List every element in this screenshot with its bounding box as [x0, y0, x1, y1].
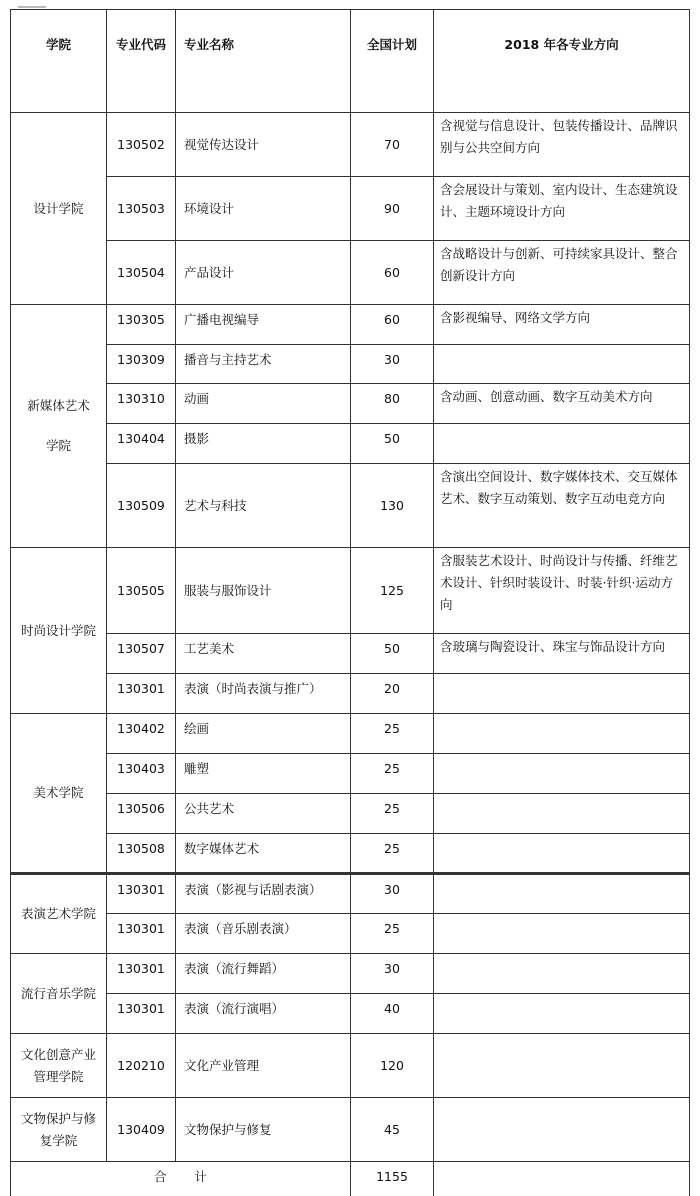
code-cell: 130506 — [107, 794, 176, 834]
name-cell: 表演（时尚表演与推广） — [176, 674, 351, 714]
total-direction — [434, 1162, 690, 1196]
direction-cell — [434, 1098, 690, 1162]
plan-cell: 40 — [351, 994, 434, 1034]
total-plan: 1155 — [351, 1162, 434, 1196]
table-row: 流行音乐学院 130301 表演（流行舞蹈） 30 — [11, 954, 690, 994]
code-cell: 130309 — [107, 345, 176, 384]
table-row: 130503 环境设计 90 含会展设计与策划、室内设计、生态建筑设计、主题环境… — [11, 177, 690, 241]
code-cell: 130301 — [107, 994, 176, 1034]
plan-cell: 30 — [351, 874, 434, 914]
code-cell: 130301 — [107, 914, 176, 954]
school-cell: 流行音乐学院 — [11, 954, 107, 1034]
direction-cell — [434, 834, 690, 874]
name-cell: 绘画 — [176, 714, 351, 754]
plan-cell: 120 — [351, 1034, 434, 1098]
name-cell: 广播电视编导 — [176, 305, 351, 345]
plan-cell: 25 — [351, 834, 434, 874]
table-row: 文物保护与修复学院 130409 文物保护与修复 45 — [11, 1098, 690, 1162]
code-cell: 130503 — [107, 177, 176, 241]
code-cell: 130404 — [107, 424, 176, 464]
code-cell: 130403 — [107, 754, 176, 794]
direction-cell — [434, 994, 690, 1034]
code-cell: 130301 — [107, 874, 176, 914]
plan-cell: 30 — [351, 954, 434, 994]
table-row: 130507 工艺美术 50 含玻璃与陶瓷设计、珠宝与饰品设计方向 — [11, 634, 690, 674]
name-cell: 播音与主持艺术 — [176, 345, 351, 384]
school-cell: 文化创意产业管理学院 — [11, 1034, 107, 1098]
total-label-a: 合 — [154, 1169, 167, 1184]
name-cell: 表演（流行演唱） — [176, 994, 351, 1034]
name-cell: 雕塑 — [176, 754, 351, 794]
direction-cell — [434, 754, 690, 794]
plan-cell: 125 — [351, 548, 434, 634]
name-cell: 艺术与科技 — [176, 464, 351, 548]
plan-cell: 70 — [351, 113, 434, 177]
school-cell: 美术学院 — [11, 714, 107, 874]
name-cell: 表演（流行舞蹈） — [176, 954, 351, 994]
plan-cell: 20 — [351, 674, 434, 714]
header-plan: 全国计划 — [351, 10, 434, 113]
direction-cell: 含演出空间设计、数字媒体技术、交互媒体艺术、数字互动策划、数字互动电竞方向 — [434, 464, 690, 548]
plan-cell: 50 — [351, 424, 434, 464]
code-cell: 130509 — [107, 464, 176, 548]
name-cell: 数字媒体艺术 — [176, 834, 351, 874]
direction-cell — [434, 874, 690, 914]
code-cell: 130305 — [107, 305, 176, 345]
direction-cell — [434, 954, 690, 994]
school-cell: 文物保护与修复学院 — [11, 1098, 107, 1162]
direction-cell — [434, 1034, 690, 1098]
code-cell: 130507 — [107, 634, 176, 674]
plan-cell: 25 — [351, 754, 434, 794]
code-cell: 130310 — [107, 384, 176, 424]
direction-cell — [434, 674, 690, 714]
plan-cell: 50 — [351, 634, 434, 674]
name-cell: 视觉传达设计 — [176, 113, 351, 177]
table-row: 130301 表演（流行演唱） 40 — [11, 994, 690, 1034]
code-cell: 130301 — [107, 674, 176, 714]
plan-cell: 25 — [351, 714, 434, 754]
direction-cell: 含服装艺术设计、时尚设计与传播、纤维艺术设计、针织时装设计、时装·针织·运动方向 — [434, 548, 690, 634]
plan-cell: 45 — [351, 1098, 434, 1162]
plan-cell: 25 — [351, 914, 434, 954]
plan-cell: 80 — [351, 384, 434, 424]
table-row: 文化创意产业管理学院 120210 文化产业管理 120 — [11, 1034, 690, 1098]
plan-cell: 30 — [351, 345, 434, 384]
name-cell: 文化产业管理 — [176, 1034, 351, 1098]
table-row: 130309 播音与主持艺术 30 — [11, 345, 690, 384]
table-row: 时尚设计学院 130505 服装与服饰设计 125 含服装艺术设计、时尚设计与传… — [11, 548, 690, 634]
code-cell: 130502 — [107, 113, 176, 177]
code-cell: 130402 — [107, 714, 176, 754]
table-row: 130509 艺术与科技 130 含演出空间设计、数字媒体技术、交互媒体艺术、数… — [11, 464, 690, 548]
table-row: 130508 数字媒体艺术 25 — [11, 834, 690, 874]
code-cell: 130409 — [107, 1098, 176, 1162]
school-cell: 表演艺术学院 — [11, 874, 107, 954]
plan-cell: 60 — [351, 241, 434, 305]
table-row: 表演艺术学院 130301 表演（影视与话剧表演） 30 — [11, 874, 690, 914]
direction-cell: 含影视编导、网络文学方向 — [434, 305, 690, 345]
table-row: 设计学院 130502 视觉传达设计 70 含视觉与信息设计、包装传播设计、品牌… — [11, 113, 690, 177]
direction-cell — [434, 914, 690, 954]
name-cell: 动画 — [176, 384, 351, 424]
header-code: 专业代码 — [107, 10, 176, 113]
plan-cell: 90 — [351, 177, 434, 241]
header-direction: 2018 年各专业方向 — [434, 10, 690, 113]
direction-cell: 含会展设计与策划、室内设计、生态建筑设计、主题环境设计方向 — [434, 177, 690, 241]
school-cell: 设计学院 — [11, 113, 107, 305]
name-cell: 表演（影视与话剧表演） — [176, 874, 351, 914]
total-label: 合计 — [11, 1162, 351, 1196]
total-label-b: 计 — [195, 1169, 208, 1184]
code-cell: 130504 — [107, 241, 176, 305]
direction-cell: 含视觉与信息设计、包装传播设计、品牌识别与公共空间方向 — [434, 113, 690, 177]
table-row: 130310 动画 80 含动画、创意动画、数字互动美术方向 — [11, 384, 690, 424]
name-cell: 工艺美术 — [176, 634, 351, 674]
plan-cell: 60 — [351, 305, 434, 345]
name-cell: 表演（音乐剧表演） — [176, 914, 351, 954]
code-cell: 120210 — [107, 1034, 176, 1098]
header-school: 学院 — [11, 10, 107, 113]
top-mark — [18, 6, 46, 8]
direction-cell — [434, 714, 690, 754]
name-cell: 服装与服饰设计 — [176, 548, 351, 634]
name-cell: 产品设计 — [176, 241, 351, 305]
header-name: 专业名称 — [176, 10, 351, 113]
name-cell: 文物保护与修复 — [176, 1098, 351, 1162]
name-cell: 摄影 — [176, 424, 351, 464]
header-row: 学院 专业代码 专业名称 全国计划 2018 年各专业方向 — [11, 10, 690, 113]
total-row: 合计 1155 — [11, 1162, 690, 1196]
direction-cell — [434, 345, 690, 384]
code-cell: 130505 — [107, 548, 176, 634]
direction-cell — [434, 424, 690, 464]
name-cell: 环境设计 — [176, 177, 351, 241]
plan-cell: 25 — [351, 794, 434, 834]
table-row: 新媒体艺术学院 130305 广播电视编导 60 含影视编导、网络文学方向 — [11, 305, 690, 345]
school-cell: 时尚设计学院 — [11, 548, 107, 714]
enrollment-plan-table: 学院 专业代码 专业名称 全国计划 2018 年各专业方向 设计学院 13050… — [10, 9, 690, 1196]
code-cell: 130508 — [107, 834, 176, 874]
direction-cell: 含动画、创意动画、数字互动美术方向 — [434, 384, 690, 424]
table-row: 130403 雕塑 25 — [11, 754, 690, 794]
direction-cell — [434, 794, 690, 834]
direction-cell: 含战略设计与创新、可持续家具设计、整合创新设计方向 — [434, 241, 690, 305]
code-cell: 130301 — [107, 954, 176, 994]
table-row: 130301 表演（音乐剧表演） 25 — [11, 914, 690, 954]
name-cell: 公共艺术 — [176, 794, 351, 834]
plan-cell: 130 — [351, 464, 434, 548]
table-row: 130504 产品设计 60 含战略设计与创新、可持续家具设计、整合创新设计方向 — [11, 241, 690, 305]
table-row: 130301 表演（时尚表演与推广） 20 — [11, 674, 690, 714]
table-row: 美术学院 130402 绘画 25 — [11, 714, 690, 754]
direction-cell: 含玻璃与陶瓷设计、珠宝与饰品设计方向 — [434, 634, 690, 674]
table-row: 130506 公共艺术 25 — [11, 794, 690, 834]
table-row: 130404 摄影 50 — [11, 424, 690, 464]
school-cell: 新媒体艺术学院 — [11, 305, 107, 548]
